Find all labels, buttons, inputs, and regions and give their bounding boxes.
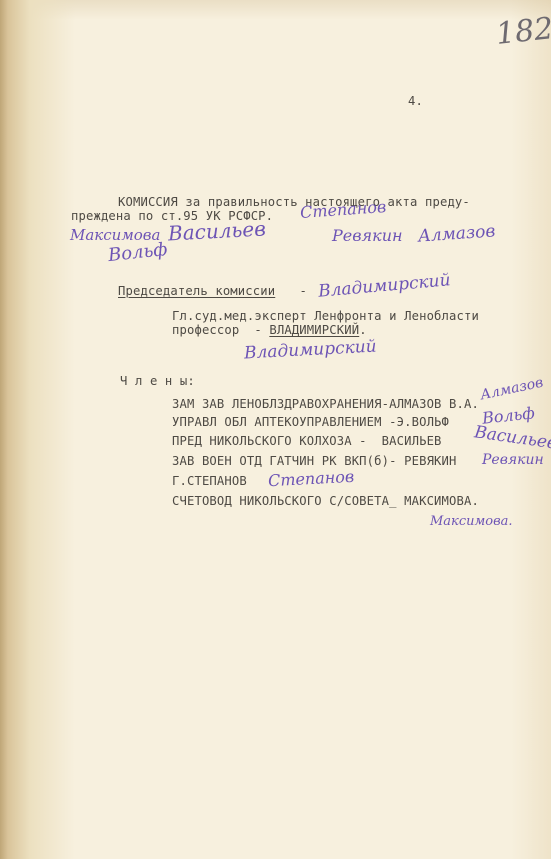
chairman-title-line-1: Гл.суд.мед.эксперт Ленфронта и Ленобласт… (172, 309, 479, 323)
member-row-revyakin: ЗАВ ВОЕН ОТД ГАТЧИН РК ВКП(б)- РЕВЯКИН (172, 454, 457, 468)
member-row-almazov: ЗАМ ЗАВ ЛЕНОБЛЗДРАВОХРАНЕНИЯ-АЛМАЗОВ В.А… (172, 397, 479, 411)
chairman-signature: Владимирский (317, 270, 451, 301)
page-number: 4. (408, 94, 423, 108)
member-signature-revyakin: Ревякин (482, 452, 544, 468)
member-signature-maksimova: Максимова. (430, 514, 513, 529)
archive-folio-number: 182 (494, 11, 551, 52)
chairman-dash: - (292, 284, 307, 298)
member-row-vasiliev: ПРЕД НИКОЛЬСКОГО КОЛХОЗА - ВАСИЛЬЕВ (172, 434, 442, 448)
signature-vasiliev: Васильев (167, 216, 266, 245)
member-row-maksimova: СЧЕТОВОД НИКОЛЬСКОГО С/СОВЕТА_ МАКСИМОВА… (172, 494, 479, 508)
chairman-name: ВЛАДИМИРСКИЙ (269, 323, 359, 337)
member-signature-almazov: Алмазов (479, 375, 545, 404)
chairman-title-prefix: профессор - (172, 323, 269, 337)
member-signature-stepanov: Степанов (268, 467, 355, 490)
members-heading: Ч л е н ы: (120, 374, 195, 388)
chairman-title-line-2: профессор - ВЛАДИМИРСКИЙ. (172, 323, 367, 337)
document-page: 182 4. КОМИССИЯ за правильность настояще… (0, 0, 551, 859)
signature-almazov: Алмазов (417, 221, 496, 246)
member-row-stepanov: Г.СТЕПАНОВ (172, 474, 247, 488)
member-signature-vasiliev: Васильев (473, 422, 551, 453)
commission-warning-line-1: КОМИССИЯ за правильность настоящего акта… (118, 195, 470, 209)
chairman-signature-below: Владимирский (244, 337, 378, 364)
chairman-name-suffix: . (359, 323, 367, 337)
chairman-label: Председатель комиссии (118, 284, 275, 298)
member-row-volf: УПРАВЛ ОБЛ АПТЕКОУПРАВЛЕНИЕМ -Э.ВОЛЬФ (172, 415, 449, 429)
signature-revyakin: Ревякин (332, 226, 403, 245)
